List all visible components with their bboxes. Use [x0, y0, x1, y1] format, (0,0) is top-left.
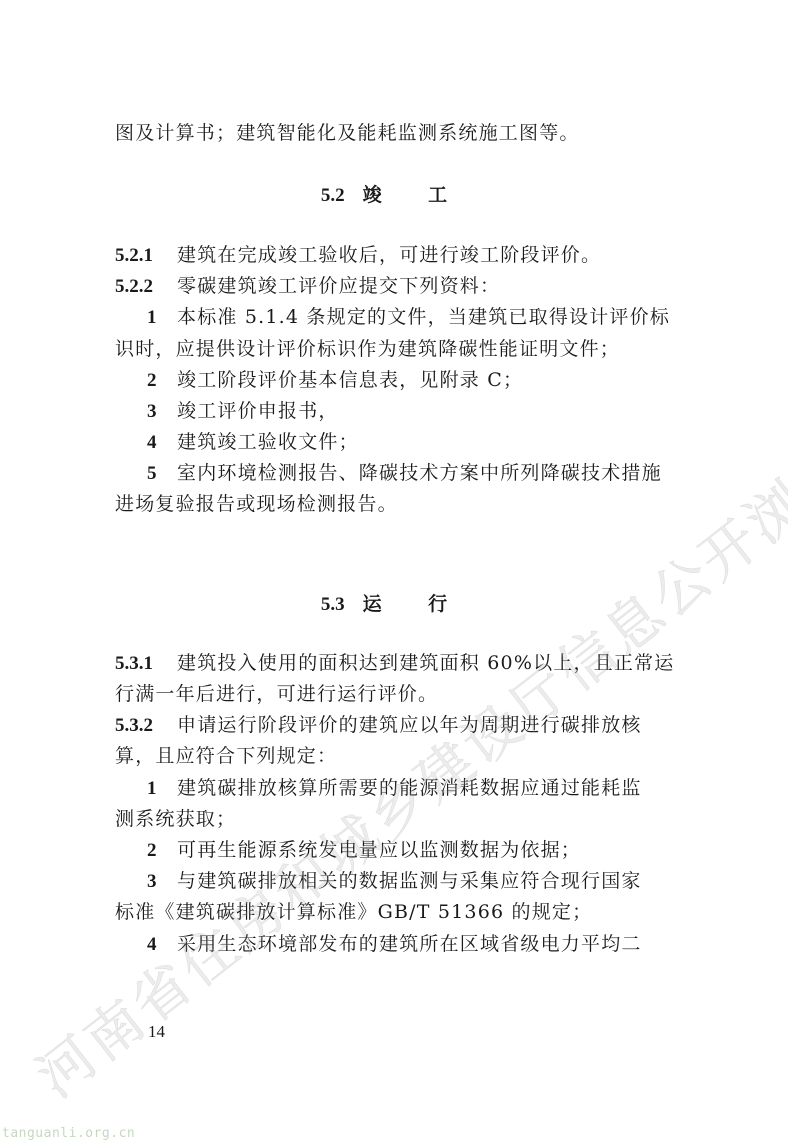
section-title: 竣 工: [363, 184, 468, 206]
site-watermark: tanguanli.org.cn: [2, 1126, 135, 1141]
item-text: 建筑碳排放核算所需要的能源消耗数据应通过能耗监: [177, 777, 642, 799]
item-text: 建筑竣工验收文件；: [177, 431, 359, 453]
item-number: 1: [147, 777, 177, 801]
clause-number: 5.2.1: [115, 244, 177, 268]
item-number: 4: [147, 933, 177, 957]
item-number: 3: [147, 870, 177, 894]
list-item-continuation: 标准《建筑碳排放计算标准》GB/T 51366 的规定；: [115, 900, 688, 924]
item-number: 1: [147, 306, 177, 330]
clause-5-2-1: 5.2.1建筑在完成竣工验收后，可进行竣工阶段评价。: [115, 243, 688, 268]
clause-continuation: 行满一年后进行，可进行运行评价。: [115, 682, 688, 706]
clause-5-2-2: 5.2.2零碳建筑竣工评价应提交下列资料：: [115, 274, 688, 299]
clause-number: 5.2.2: [115, 275, 177, 299]
item-number: 3: [147, 400, 177, 424]
item-text: 本标准 5.1.4 条规定的文件，当建筑已取得设计评价标: [177, 306, 670, 328]
item-text: 竣工评价申报书，: [177, 400, 339, 422]
document-page: 图及计算书；建筑智能化及能耗监测系统施工图等。 5.2竣 工 5.2.1建筑在完…: [0, 0, 788, 1145]
item-text: 室内环境检测报告、降碳技术方案中所列降碳技术措施: [177, 462, 662, 484]
clause-text: 建筑在完成竣工验收后，可进行竣工阶段评价。: [177, 244, 601, 266]
clause-5-3-2: 5.3.2申请运行阶段评价的建筑应以年为周期进行碳排放核: [115, 713, 688, 738]
item-number: 2: [147, 369, 177, 393]
item-text: 可再生能源系统发电量应以监测数据为依据；: [177, 839, 581, 861]
list-item: 4采用生态环境部发布的建筑所在区域省级电力平均二: [147, 932, 720, 957]
list-item-continuation: 识时，应提供设计评价标识作为建筑降碳性能证明文件；: [115, 337, 688, 361]
item-text: 与建筑碳排放相关的数据监测与采集应符合现行国家: [177, 870, 642, 892]
list-item: 2可再生能源系统发电量应以监测数据为依据；: [147, 838, 720, 863]
clause-text: 零碳建筑竣工评价应提交下列资料：: [177, 275, 500, 297]
clause-number: 5.3.2: [115, 714, 177, 738]
item-number: 5: [147, 462, 177, 486]
list-item: 1本标准 5.1.4 条规定的文件，当建筑已取得设计评价标: [147, 305, 720, 330]
list-item: 2竣工阶段评价基本信息表，见附录 C；: [147, 368, 720, 393]
item-number: 4: [147, 431, 177, 455]
list-item: 3竣工评价申报书，: [147, 399, 720, 424]
list-item: 1建筑碳排放核算所需要的能源消耗数据应通过能耗监: [147, 776, 720, 801]
item-number: 2: [147, 839, 177, 863]
page-number: 14: [148, 1022, 165, 1042]
item-text: 采用生态环境部发布的建筑所在区域省级电力平均二: [177, 933, 642, 955]
list-item-continuation: 测系统获取；: [115, 807, 688, 831]
clause-text: 申请运行阶段评价的建筑应以年为周期进行碳排放核: [177, 714, 642, 736]
list-item-continuation: 进场复验报告或现场检测报告。: [115, 492, 688, 516]
list-item: 5室内环境检测报告、降碳技术方案中所列降碳技术措施: [147, 461, 720, 486]
list-item: 3与建筑碳排放相关的数据监测与采集应符合现行国家: [147, 869, 720, 894]
clause-number: 5.3.1: [115, 652, 177, 676]
section-heading-5-2: 5.2竣 工: [0, 183, 788, 208]
list-item: 4建筑竣工验收文件；: [147, 430, 720, 455]
clause-continuation: 算，且应符合下列规定：: [115, 744, 688, 768]
section-number: 5.2: [321, 185, 345, 206]
section-heading-5-3: 5.3运 行: [0, 592, 788, 617]
clause-5-3-1: 5.3.1建筑投入使用的面积达到建筑面积 60%以上，且正常运: [115, 651, 688, 676]
section-number: 5.3: [321, 594, 345, 615]
item-text: 竣工阶段评价基本信息表，见附录 C；: [177, 369, 523, 391]
clause-text: 建筑投入使用的面积达到建筑面积 60%以上，且正常运: [177, 652, 674, 674]
section-title: 运 行: [363, 593, 468, 615]
continuation-line: 图及计算书；建筑智能化及能耗监测系统施工图等。: [115, 121, 688, 145]
